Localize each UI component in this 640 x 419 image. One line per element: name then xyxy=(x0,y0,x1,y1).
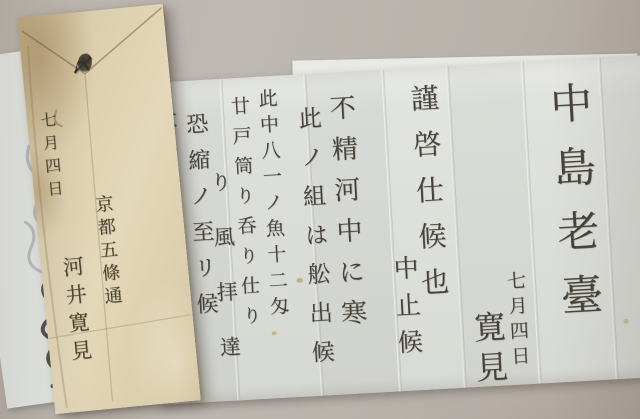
stain-spot xyxy=(623,319,628,324)
stain-spot xyxy=(271,331,276,335)
stain-spot xyxy=(297,278,303,283)
letter-column-body-2: 中止候 xyxy=(391,254,422,366)
envelope-seal-mark: 〆 xyxy=(71,49,99,81)
letter-column-recipient: 中島老臺 xyxy=(546,80,602,338)
letter-column-signature: 寛見 xyxy=(471,310,507,392)
letter-column-body-5: 此中八一ノ魚十二匁 xyxy=(256,88,288,323)
letter-column-body-3: 不精河中に寒 xyxy=(326,94,366,341)
fold-crease xyxy=(446,66,467,388)
letter-sheet: 中島老臺 七月四日 寛見 謹啓仕候也 中止候 不精河中に寒 此ノ組は舩出候 此中… xyxy=(141,53,640,405)
photo-letter-and-envelope: 中島老臺 七月四日 寛見 謹啓仕候也 中止候 不精河中に寒 此ノ組は舩出候 此中… xyxy=(0,0,640,419)
